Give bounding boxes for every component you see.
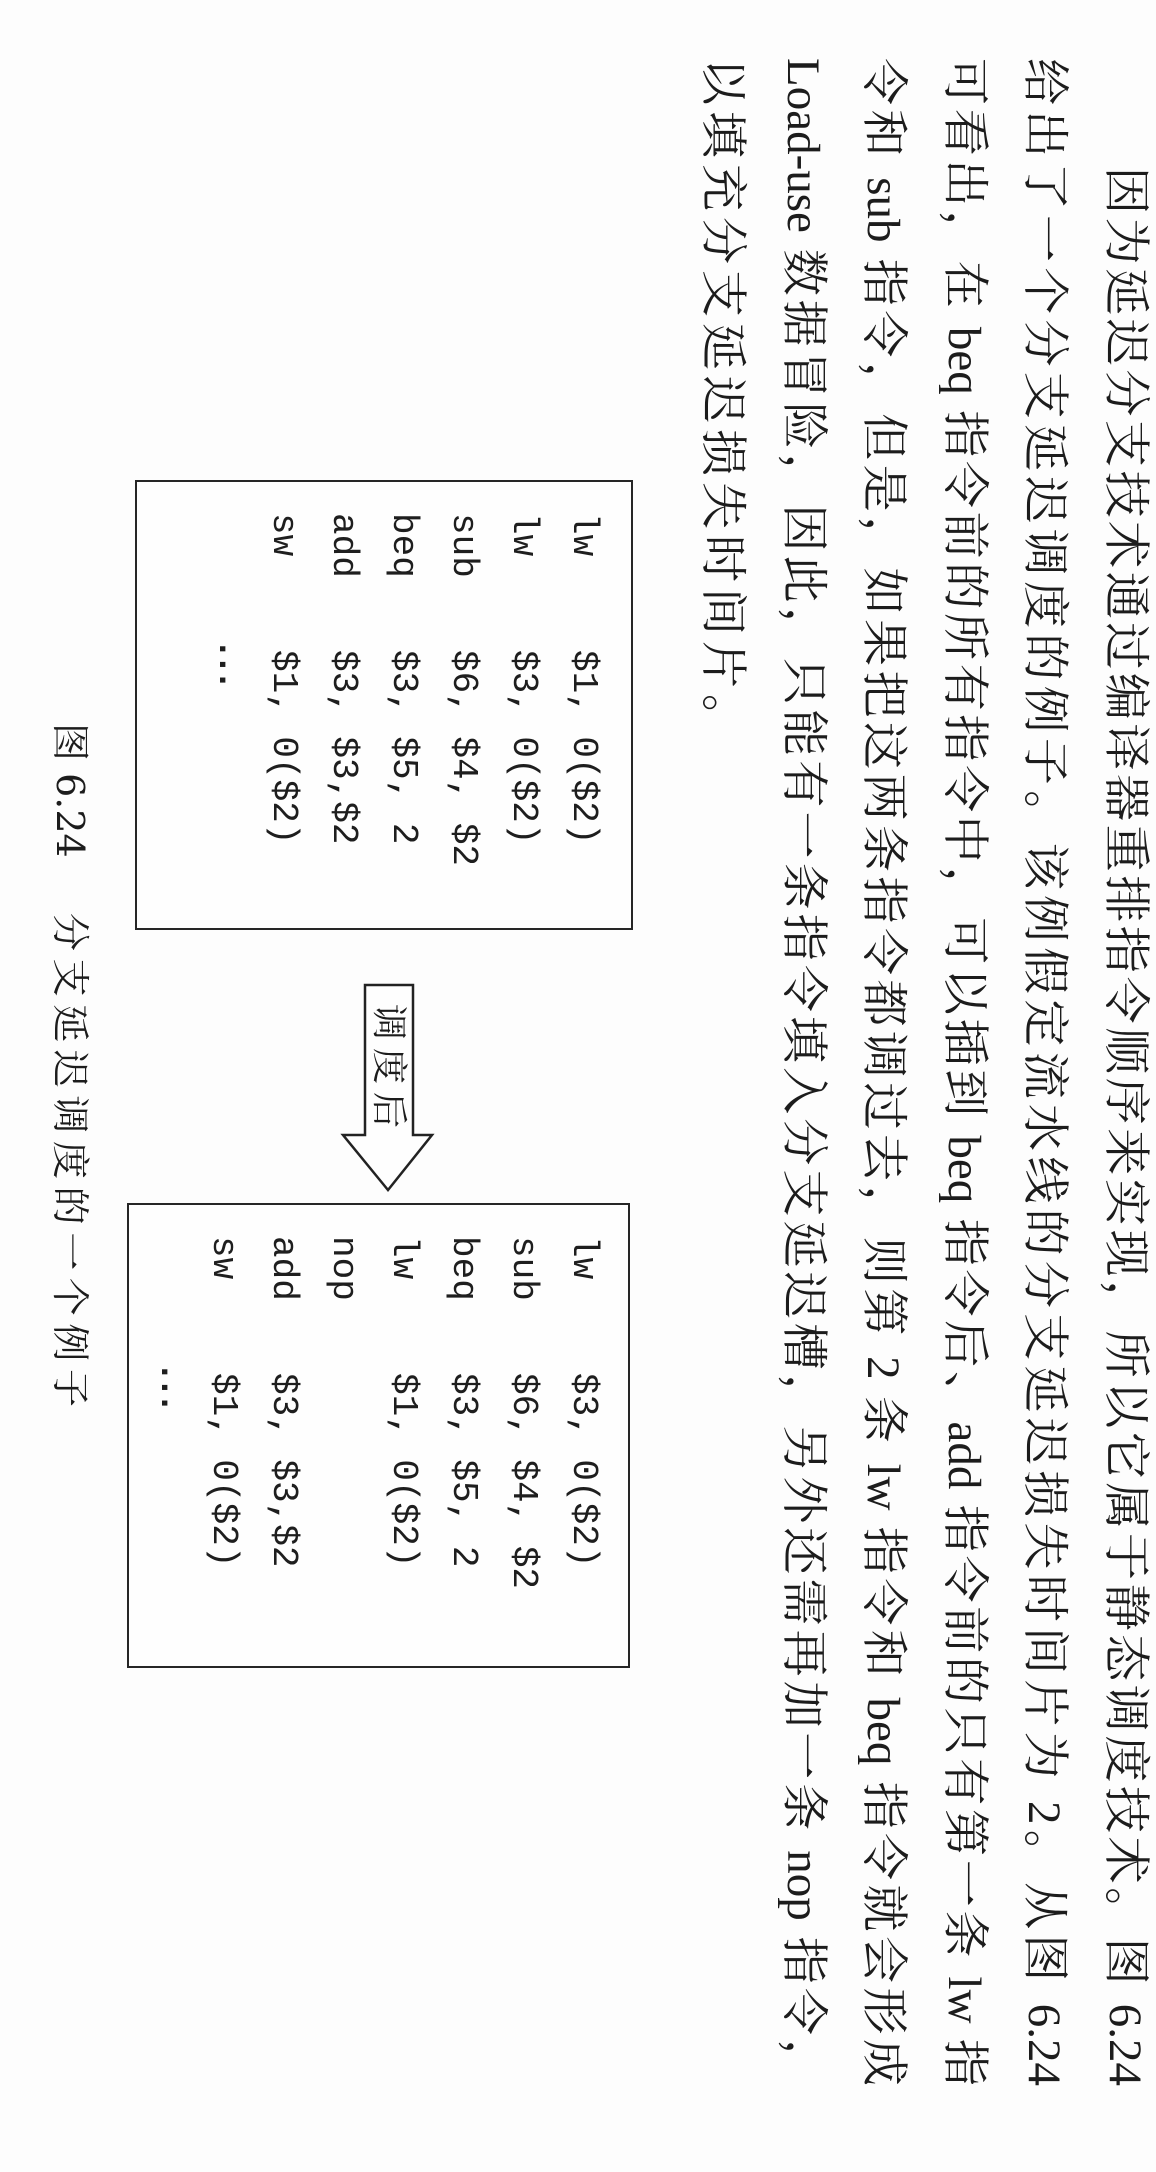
- code-ellipsis-row: ...: [209, 482, 249, 928]
- paragraph-line: 可看出，在 beq 指令前的所有指令中，可以插到 beq 指令后、add 指令前…: [934, 58, 994, 2086]
- operands: $6, $4, $2: [503, 1373, 543, 1589]
- code-row: sw $1, 0($2): [263, 482, 303, 928]
- code-ellipsis-row: ...: [151, 1205, 191, 1666]
- operands: $1, 0($2): [383, 1373, 423, 1567]
- opcode: add: [323, 513, 363, 578]
- opcode: sw: [203, 1236, 243, 1279]
- operands: $3, 0($2): [563, 1373, 603, 1567]
- code-row: sw $1, 0($2): [203, 1205, 243, 1666]
- operands: $3, $5, 2: [443, 1373, 483, 1567]
- code-row: add $3, $3,$2: [263, 1205, 303, 1666]
- opcode: lw: [563, 1236, 603, 1279]
- opcode: add: [263, 1236, 303, 1301]
- code-row: add $3, $3,$2: [323, 482, 363, 928]
- opcode: beq: [443, 1236, 483, 1301]
- code-box-before: lw $1, 0($2) lw $3, 0($2) sub $6, $4, $2…: [135, 480, 633, 930]
- opcode: nop: [323, 1236, 363, 1301]
- code-row: lw $1, 0($2): [383, 1205, 423, 1666]
- operands: $3, $3,$2: [323, 650, 363, 844]
- code-row: sub $6, $4, $2: [443, 482, 483, 928]
- paragraph-line: Load-use 数据冒险，因此，只能有一条指令填入分支延迟槽，另外还需再加一条…: [773, 58, 833, 2086]
- operands: $1, 0($2): [203, 1373, 243, 1567]
- opcode: lw: [563, 513, 603, 556]
- code-row: sub $6, $4, $2: [503, 1205, 543, 1666]
- opcode: beq: [383, 513, 423, 578]
- code-row: beq $3, $5, 2: [383, 482, 423, 928]
- opcode: lw: [383, 1236, 423, 1279]
- code-row: lw $3, 0($2): [563, 1205, 603, 1666]
- ellipsis: ...: [151, 1361, 191, 1408]
- opcode: sub: [503, 1236, 543, 1301]
- paragraph-line: 给出了一个分支延迟调度的例子。该例假定流水线的分支延迟损失时间片为 2。从图 6…: [1014, 58, 1074, 2086]
- operands: $6, $4, $2: [443, 650, 483, 866]
- figure-caption: 分支延迟调度的一个例子: [45, 913, 95, 1407]
- arrow-label: 调度后: [366, 1004, 410, 1128]
- code-row: nop: [323, 1205, 363, 1666]
- code-box-after: lw $3, 0($2) sub $6, $4, $2 beq $3, $5, …: [127, 1203, 630, 1668]
- operands: $3, $3,$2: [263, 1373, 303, 1567]
- paragraph-line: 令和 sub 指令，但是，如果把这两条指令都调过去，则第 2 条 lw 指令和 …: [853, 58, 913, 2086]
- operands: $1, 0($2): [563, 650, 603, 844]
- figure-number: 图 6.24: [45, 723, 95, 858]
- operands: $3, 0($2): [503, 650, 543, 844]
- paragraph-line: 因为延迟分支技术通过编译器重排指令顺序来实现，所以它属于静态调度技术。图 6.2…: [1095, 167, 1155, 2086]
- code-row: lw $1, 0($2): [563, 482, 603, 928]
- ellipsis: ...: [209, 638, 249, 685]
- opcode: sub: [443, 513, 483, 578]
- code-row: beq $3, $5, 2: [443, 1205, 483, 1666]
- opcode: lw: [503, 513, 543, 556]
- paragraph-line: 以填充分支延迟损失时间片。: [692, 58, 752, 2086]
- opcode: sw: [263, 513, 303, 556]
- operands: $3, $5, 2: [383, 650, 423, 844]
- textbook-page: 因为延迟分支技术通过编译器重排指令顺序来实现，所以它属于静态调度技术。图 6.2…: [0, 0, 1156, 2172]
- operands: $1, 0($2): [263, 650, 303, 844]
- code-row: lw $3, 0($2): [503, 482, 543, 928]
